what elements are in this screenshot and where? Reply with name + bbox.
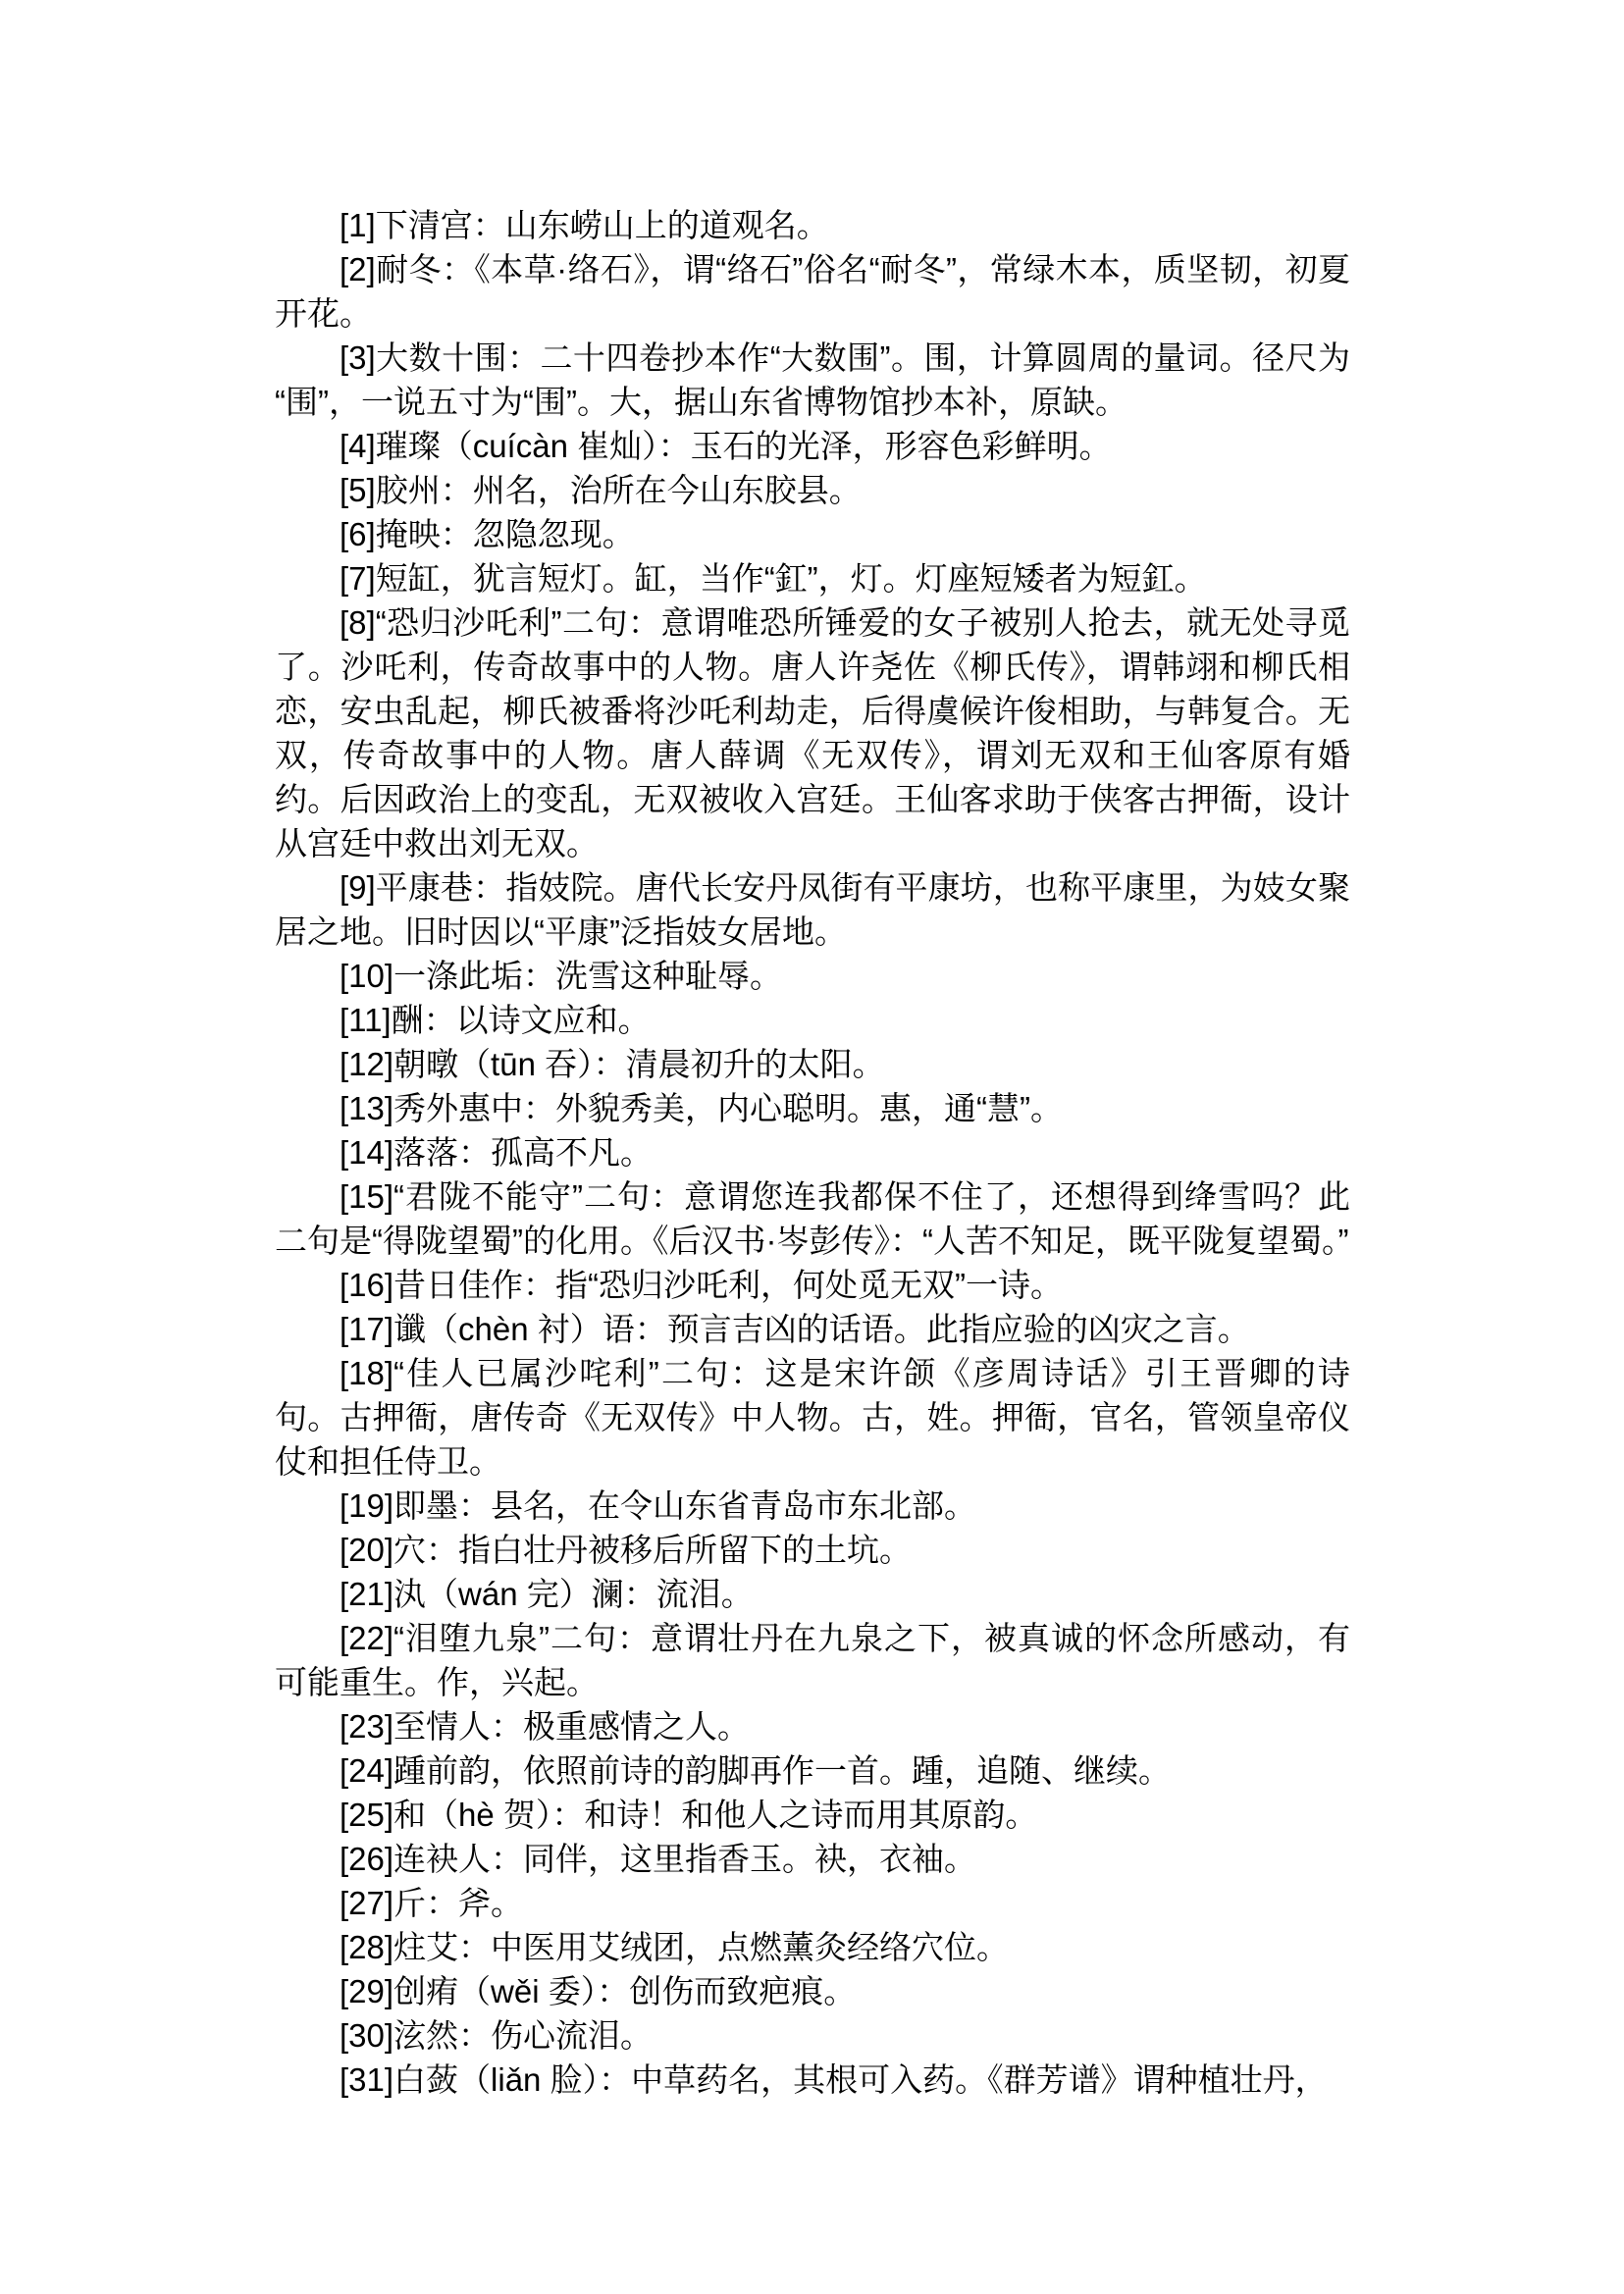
- annotation-item: [1]下清宫：山东崂山上的道观名。: [275, 203, 1350, 247]
- annotations-list: [1]下清宫：山东崂山上的道观名。 [2]耐冬：《本草·络石》，谓“络石”俗名“…: [275, 203, 1350, 2102]
- annotation-item: [18]“佳人已属沙咤利”二句：这是宋许颌《彦周诗话》引王晋卿的诗句。古押衙，唐…: [275, 1351, 1350, 1484]
- annotation-item: [19]即墨：县名，在令山东省青岛市东北部。: [275, 1484, 1350, 1528]
- annotation-item: [8]“恐归沙吒利”二句：意谓唯恐所锤爱的女子被别人抢去，就无处寻觅了。沙吒利，…: [275, 600, 1350, 865]
- annotation-item: [21]汍（wán 完）澜：流泪。: [275, 1572, 1350, 1616]
- annotation-item: [30]泫然：伤心流泪。: [275, 2013, 1350, 2058]
- annotation-item: [26]连袂人：同伴，这里指香玉。袂，衣袖。: [275, 1837, 1350, 1881]
- annotation-item: [13]秀外惠中：外貌秀美，内心聪明。惠，通“慧”。: [275, 1086, 1350, 1130]
- annotation-item: [5]胶州：州名，治所在今山东胶县。: [275, 468, 1350, 512]
- annotation-item: [14]落落：孤高不凡。: [275, 1130, 1350, 1174]
- annotation-item: [20]穴：指白壮丹被移后所留下的土坑。: [275, 1528, 1350, 1572]
- annotation-item: [29]创痏（wěi 委）：创伤而致疤痕。: [275, 1969, 1350, 2013]
- annotation-item: [12]朝暾（tūn 吞）：清晨初升的太阳。: [275, 1042, 1350, 1086]
- annotation-item: [27]斤：斧。: [275, 1881, 1350, 1925]
- annotation-item: [16]昔日佳作：指“恐归沙吒利，何处觅无双”一诗。: [275, 1263, 1350, 1307]
- annotation-item: [6]掩映：忽隐忽现。: [275, 512, 1350, 556]
- annotation-item: [3]大数十围：二十四卷抄本作“大数围”。围，计算圆周的量词。径尺为“围”，一说…: [275, 336, 1350, 424]
- annotation-item: [28]炷艾：中医用艾绒团，点燃薰灸经络穴位。: [275, 1925, 1350, 1969]
- annotation-item: [23]至情人：极重感情之人。: [275, 1704, 1350, 1748]
- annotation-item: [9]平康巷：指妓院。唐代长安丹凤街有平康坊，也称平康里，为妓女聚居之地。旧时因…: [275, 865, 1350, 954]
- annotation-item: [22]“泪堕九泉”二句：意谓壮丹在九泉之下，被真诚的怀念所感动，有可能重生。作…: [275, 1616, 1350, 1704]
- document-page: [1]下清宫：山东崂山上的道观名。 [2]耐冬：《本草·络石》，谓“络石”俗名“…: [0, 0, 1624, 2294]
- annotation-item: [11]酬：以诗文应和。: [275, 998, 1350, 1042]
- annotation-item: [25]和（hè 贺）：和诗！和他人之诗而用其原韵。: [275, 1793, 1350, 1837]
- annotation-item: [31]白蔹（liǎn 脸）：中草药名，其根可入药。《群芳谱》谓种植壮丹，: [275, 2058, 1350, 2102]
- annotation-item: [24]踵前韵，依照前诗的韵脚再作一首。踵，追随、继续。: [275, 1748, 1350, 1793]
- annotation-item: [15]“君陇不能守”二句：意谓您连我都保不住了，还想得到绛雪吗？此二句是“得陇…: [275, 1174, 1350, 1263]
- annotation-item: [4]璀璨（cuícàn 崔灿）：玉石的光泽，形容色彩鲜明。: [275, 424, 1350, 468]
- annotation-item: [7]短缸，犹言短灯。缸，当作“釭”，灯。灯座短矮者为短釭。: [275, 556, 1350, 600]
- annotation-item: [17]谶（chèn 衬）语：预言吉凶的话语。此指应验的凶灾之言。: [275, 1307, 1350, 1351]
- annotation-item: [10]一涤此垢：洗雪这种耻辱。: [275, 954, 1350, 998]
- annotation-item: [2]耐冬：《本草·络石》，谓“络石”俗名“耐冬”，常绿木本，质坚韧，初夏开花。: [275, 247, 1350, 336]
